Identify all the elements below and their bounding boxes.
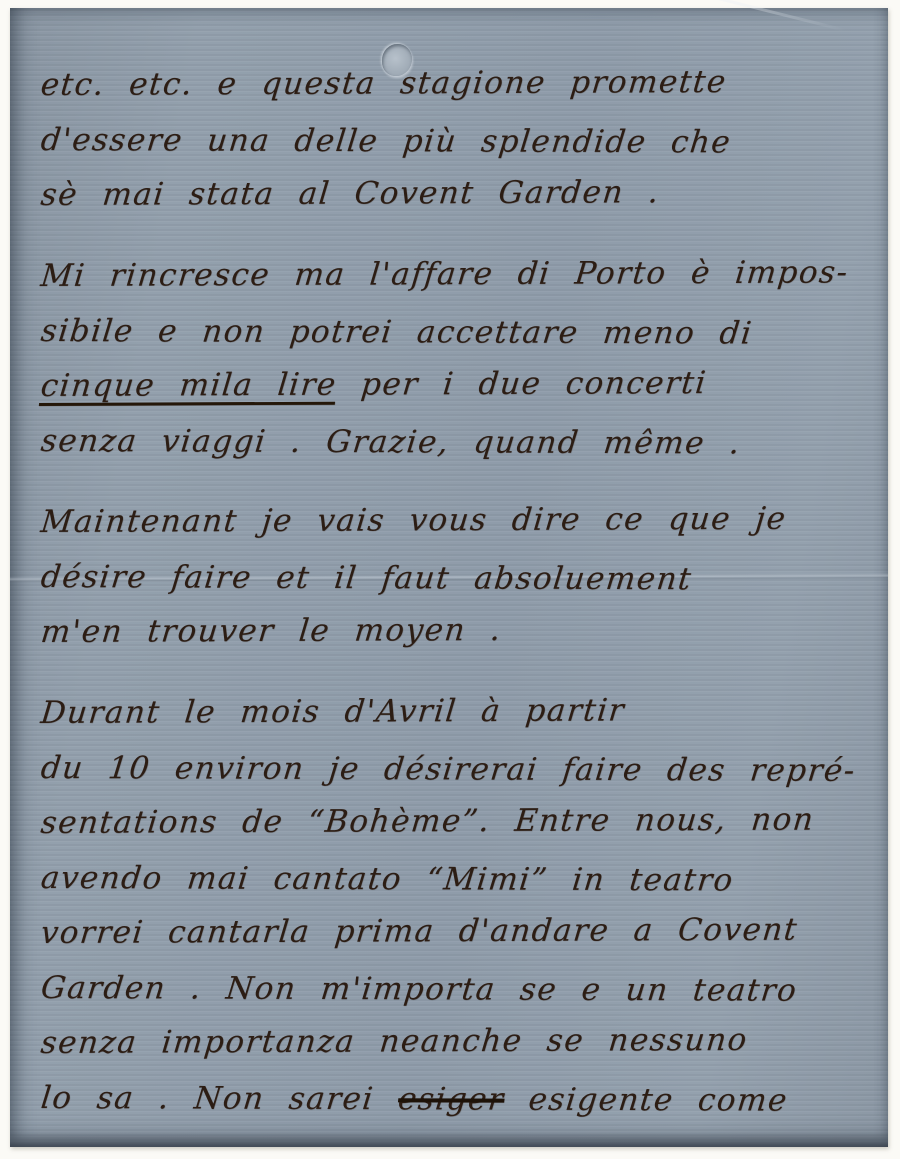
letter-line: sibile e non potrei accettare meno di	[38, 304, 872, 362]
letter-page: etc. etc. e questa stagione prometted'es…	[10, 8, 888, 1147]
corner-crease	[631, 0, 845, 32]
letter-line: cinque mila lire per i due concerti	[38, 355, 872, 414]
letter-text-segment: esigente come	[502, 1082, 789, 1119]
paragraph-1: etc. etc. e questa stagione prometted'es…	[38, 58, 866, 223]
letter-text-segment: Maintenant je vais vous dire ce que je	[39, 501, 788, 540]
letter-line: sentations de “Bohème”. Entre nous, non	[38, 792, 872, 851]
letter-text-segment: Durant le mois d'Avril à partir	[39, 692, 627, 731]
letter-line: etc. etc. e questa stagione promette	[38, 54, 872, 113]
letter-line: Maintenant je vais vous dire ce que je	[38, 491, 872, 550]
letter-text-segment: sibile e non potrei accettare meno di	[39, 313, 754, 351]
letter-line: Garden . Non m'importa se e un teatro	[38, 961, 872, 1019]
paragraph-2: Mi rincresce ma l'affare di Porto è impo…	[38, 249, 866, 469]
letter-text-segment: d'essere una delle più splendide che	[39, 122, 733, 160]
paragraph-3: Maintenant je vais vous dire ce que jedé…	[38, 495, 866, 660]
letter-text-segment: senza importanza neanche se nessuno	[39, 1022, 750, 1061]
letter-text-segment: lo sa . Non sarei	[39, 1080, 400, 1117]
letter-line: d'essere una delle più splendide che	[38, 113, 872, 171]
letter-line: Mi rincresce ma l'affare di Porto è impo…	[38, 245, 872, 304]
letter-text-segment: senza viaggi . Grazie, quand même .	[39, 423, 743, 461]
letter-text-segment: etc. etc. e questa stagione promette	[39, 64, 729, 103]
letter-text-segment: per i due concerti	[335, 365, 709, 403]
letter-line: du 10 environ je désirerai faire des rep…	[38, 741, 872, 799]
paper-bottom-edge	[10, 1133, 888, 1147]
underlined-text: cinque mila lire	[39, 367, 339, 404]
letter-line: senza viaggi . Grazie, quand même .	[38, 414, 872, 472]
letter-text-segment: Garden . Non m'importa se e un teatro	[39, 970, 799, 1009]
letter-text-segment: désire faire et il faut absoluement	[39, 559, 694, 597]
letter-line: vorrei cantarla prima d'andare a Covent	[38, 902, 872, 961]
letter-text-segment: sè mai stata al Covent Garden .	[39, 174, 661, 213]
letter-line: désire faire et il faut absoluement	[38, 550, 872, 608]
letter-line: Durant le mois d'Avril à partir	[38, 682, 872, 741]
struck-through-text: esiger	[396, 1081, 506, 1117]
letter-line: sè mai stata al Covent Garden .	[38, 164, 872, 223]
paragraph-4: Durant le mois d'Avril à partirdu 10 env…	[38, 686, 866, 1126]
letter-text-segment: avendo mai cantato “Mimi” in teatro	[39, 860, 736, 898]
letter-text-segment: Mi rincresce ma l'affare di Porto è impo…	[39, 254, 850, 294]
letter-body: etc. etc. e questa stagione prometted'es…	[38, 58, 866, 1126]
letter-line: lo sa . Non sarei esiger esigente come	[38, 1071, 872, 1129]
letter-text-segment: m'en trouver le moyen .	[39, 612, 504, 650]
letter-text-segment: vorrei cantarla prima d'andare a Covent	[39, 912, 800, 951]
letter-line: avendo mai cantato “Mimi” in teatro	[38, 851, 872, 909]
letter-line: m'en trouver le moyen .	[38, 601, 872, 660]
letter-text-segment: sentations de “Bohème”. Entre nous, non	[39, 802, 816, 841]
letter-line: senza importanza neanche se nessuno	[38, 1012, 872, 1071]
letter-text-segment: du 10 environ je désirerai faire des rep…	[39, 750, 858, 789]
